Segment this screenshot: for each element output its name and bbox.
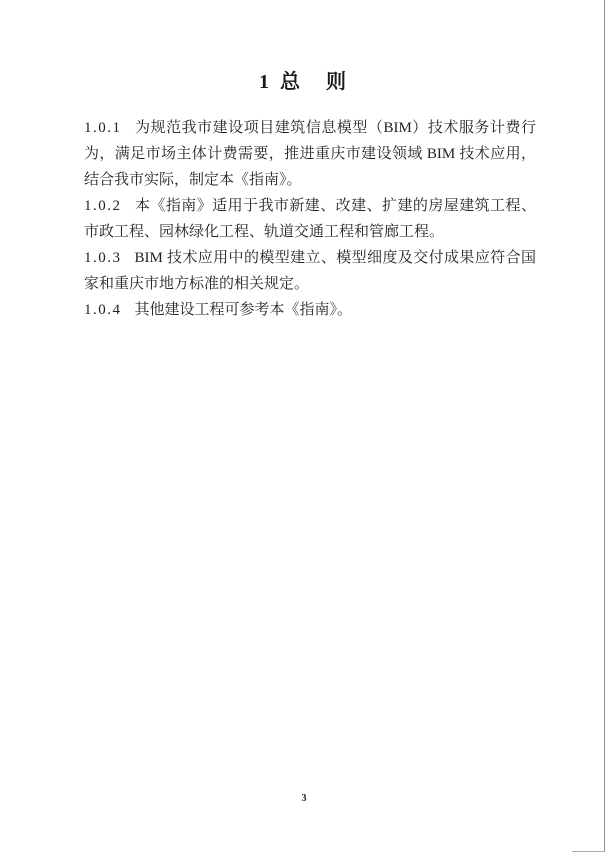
document-page: 1 总 则 1.0.1为规范我市建设项目建筑信息模型（BIM）技术服务计费行为，…: [0, 0, 608, 859]
scan-edge-bottom-corner: [572, 851, 605, 852]
clause-number: 1.0.1: [84, 120, 122, 136]
clause-paragraph: 1.0.4其他建设工程可参考本《指南》。: [84, 297, 536, 323]
clause-text: 本《指南》适用于我市新建、改建、扩建的房屋建筑工程、市政工程、园林绿化工程、轨道…: [84, 198, 536, 240]
scan-edge-right: [604, 0, 605, 852]
clause-text: 为规范我市建设项目建筑信息模型（BIM）技术服务计费行为，满足市场主体计费需要，…: [84, 120, 536, 188]
clause-paragraph: 1.0.2本《指南》适用于我市新建、改建、扩建的房屋建筑工程、市政工程、园林绿化…: [84, 193, 536, 245]
clause-number: 1.0.2: [84, 198, 122, 214]
clause-text: BIM 技术应用中的模型建立、模型细度及交付成果应符合国家和重庆市地方标准的相关…: [84, 250, 536, 292]
clause-paragraph: 1.0.3BIM 技术应用中的模型建立、模型细度及交付成果应符合国家和重庆市地方…: [84, 245, 536, 297]
page-title: 1 总 则: [0, 70, 608, 94]
page-number: 3: [0, 793, 608, 804]
clause-number: 1.0.4: [84, 302, 122, 318]
clause-paragraph: 1.0.1为规范我市建设项目建筑信息模型（BIM）技术服务计费行为，满足市场主体…: [84, 115, 536, 193]
document-body: 1.0.1为规范我市建设项目建筑信息模型（BIM）技术服务计费行为，满足市场主体…: [84, 115, 536, 323]
clause-text: 其他建设工程可参考本《指南》。: [135, 302, 353, 318]
clause-number: 1.0.3: [84, 250, 122, 266]
